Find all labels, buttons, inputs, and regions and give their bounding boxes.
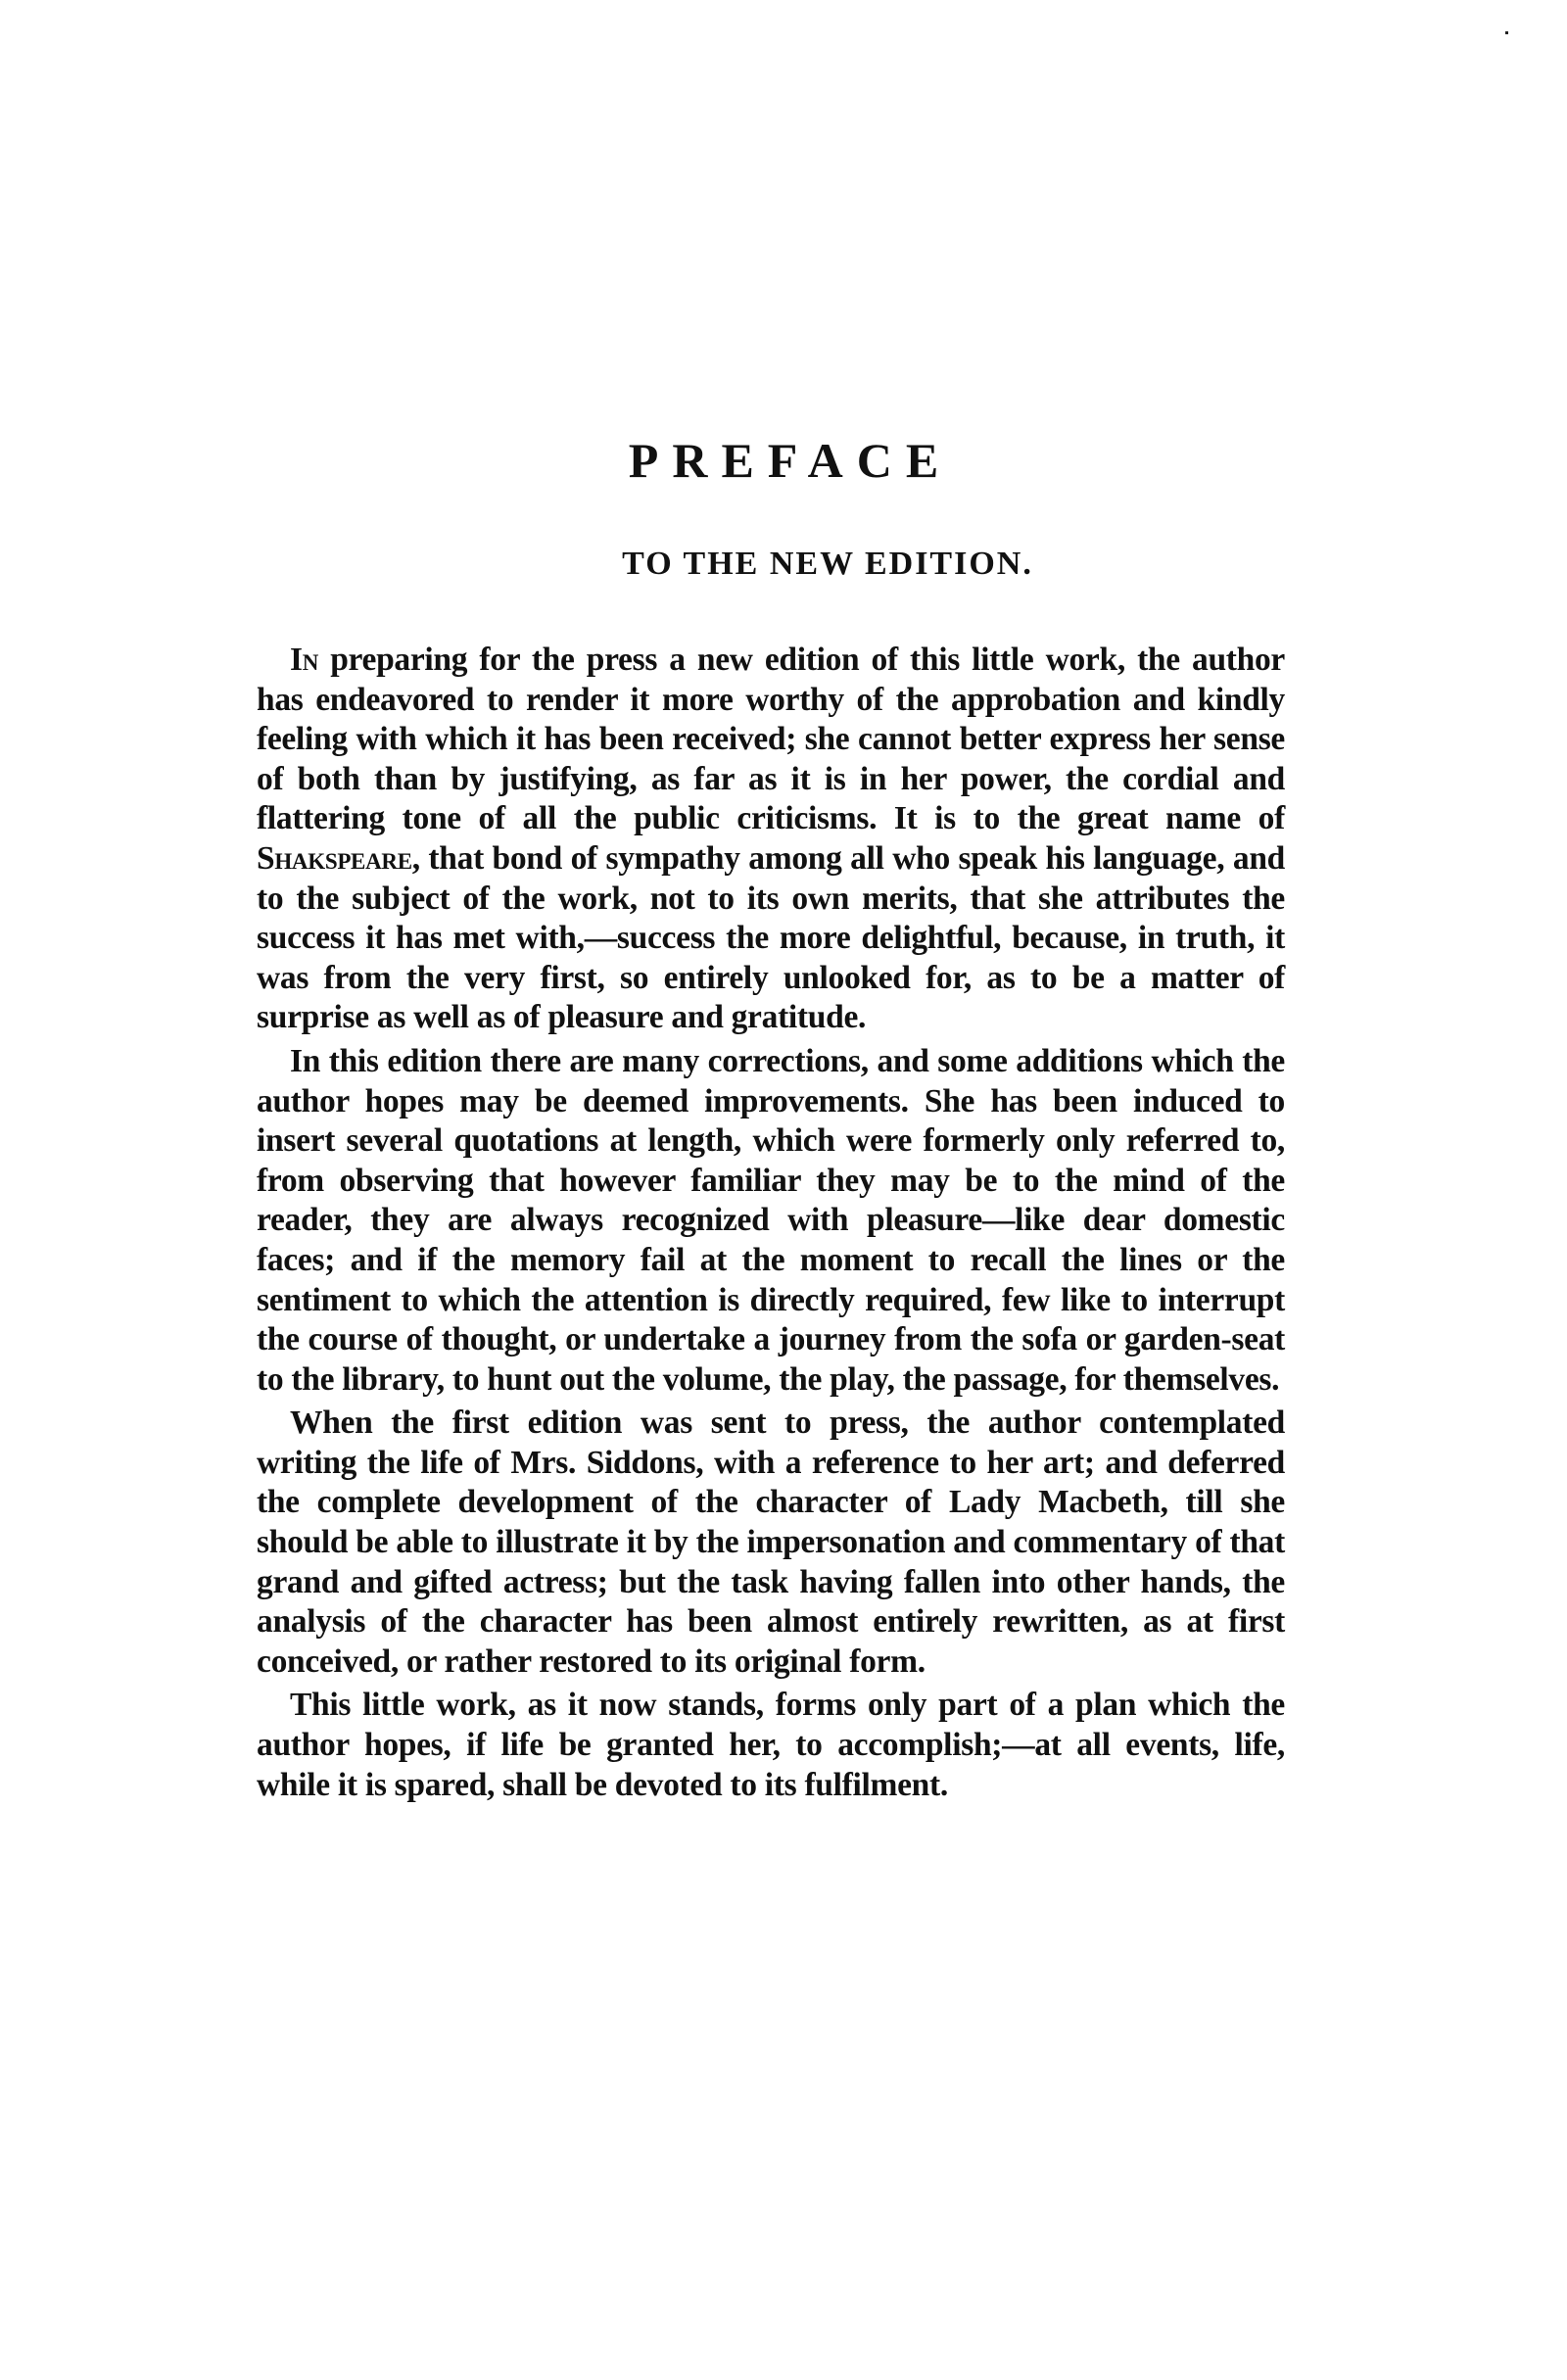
page-subtitle: TO THE NEW EDITION. [0,545,1567,584]
preface-body: In preparing for the press a new edition… [257,641,1285,1805]
book-page: PREFACE TO THE NEW EDITION. In preparing… [0,0,1567,2380]
drop-lead-word: In [290,642,318,678]
paragraph-1: In preparing for the press a new edition… [257,641,1285,1038]
paragraph-1-text-a: preparing for the press a new edition of… [257,642,1285,836]
page-title: PREFACE [0,431,1567,490]
paragraph-3: When the first edition was sent to press… [257,1404,1285,1682]
paragraph-4: This little work, as it now stands, form… [257,1686,1285,1805]
author-name-shakspeare: Shakspeare [257,840,412,877]
paragraph-2: In this edition there are many correctio… [257,1042,1285,1400]
scan-speck [1505,31,1508,34]
